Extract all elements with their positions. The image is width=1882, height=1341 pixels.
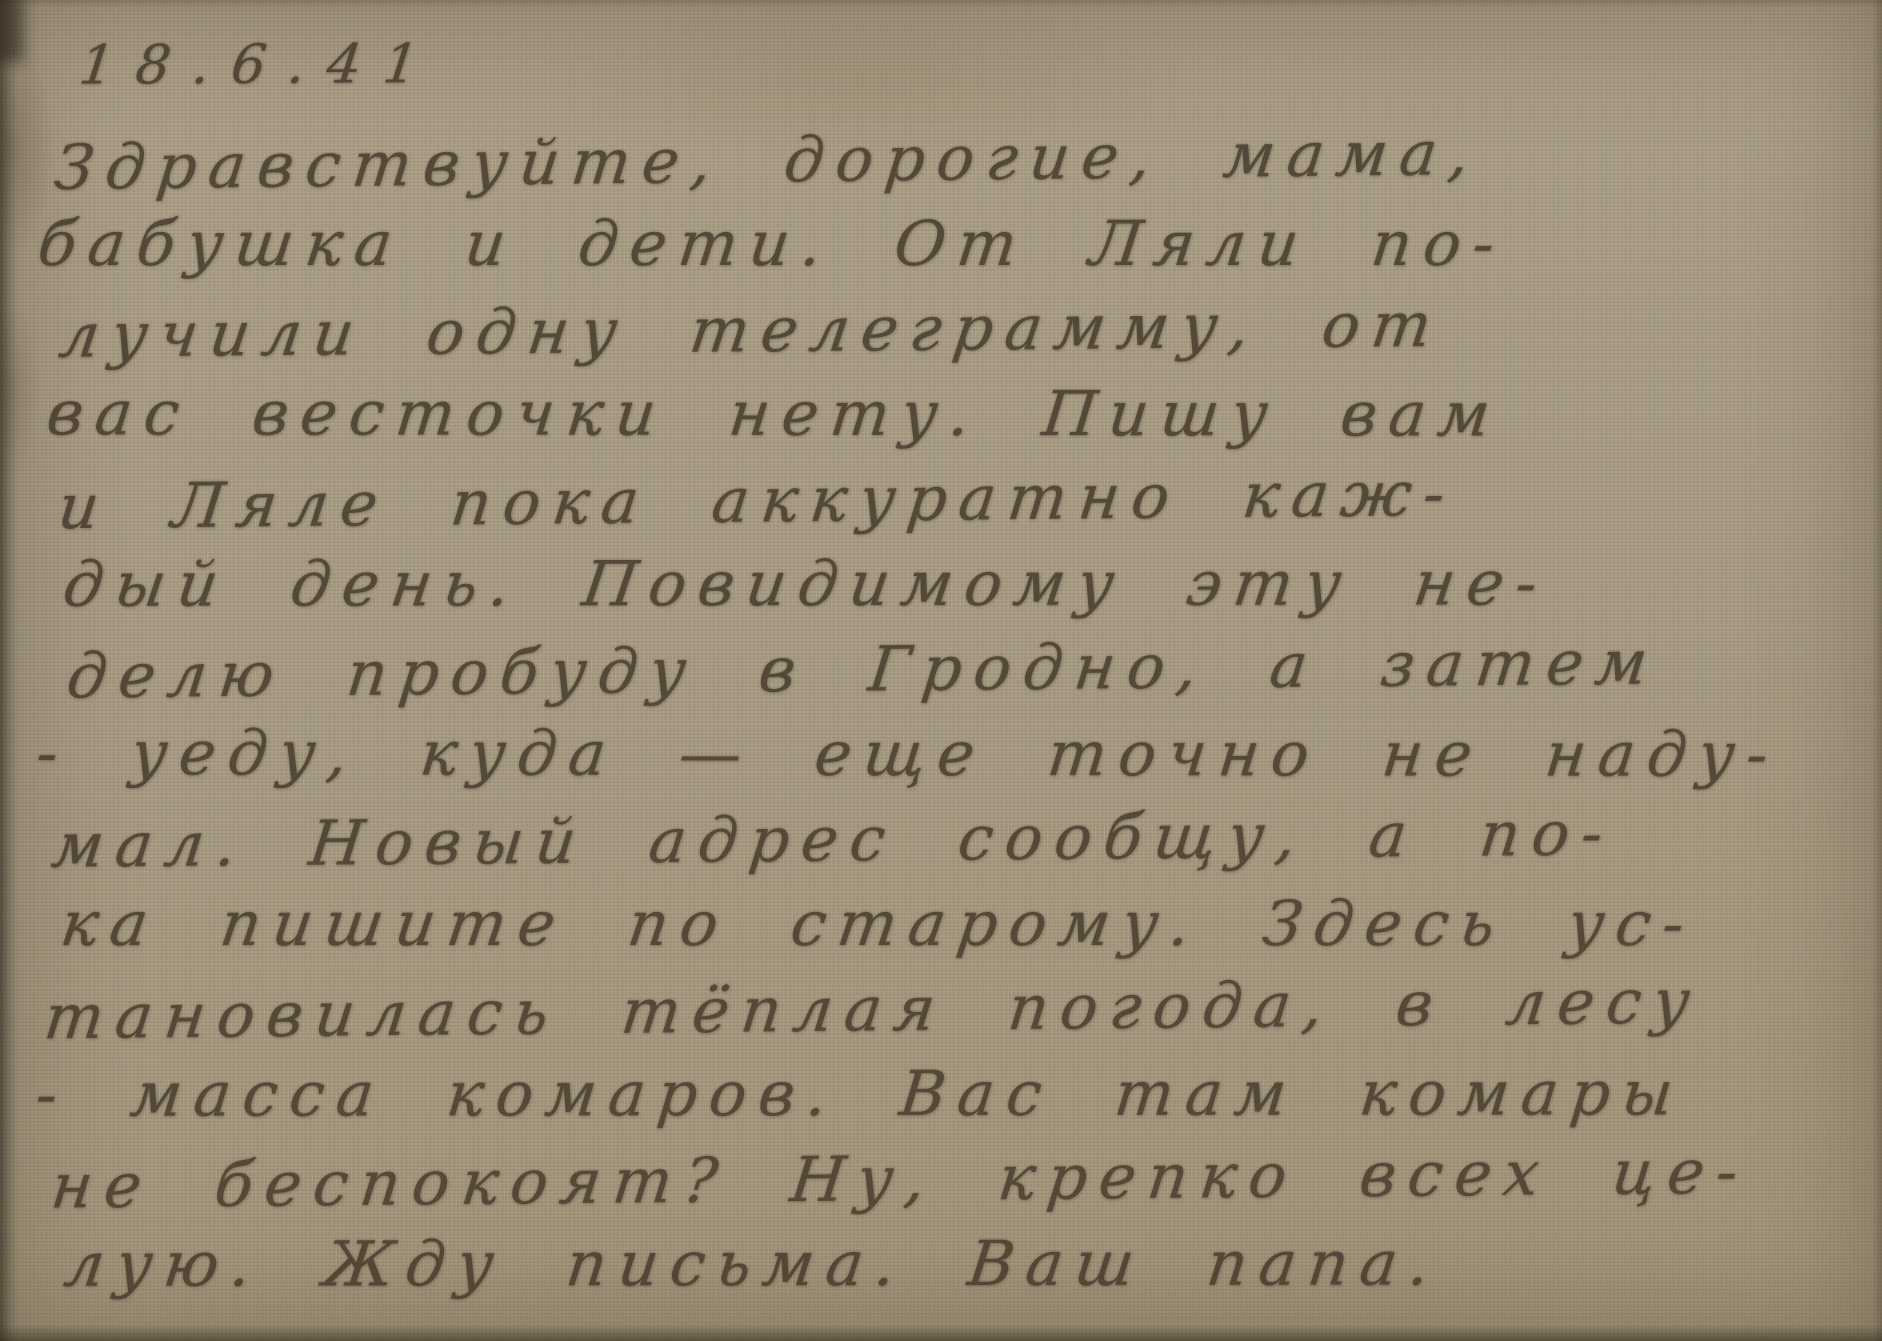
letter-line-13: не беспокоят? Ну, крепко всех це- <box>47 1128 1787 1228</box>
photo-edge-right <box>1872 0 1882 1341</box>
letter-date: 18.6.41 <box>73 10 1783 119</box>
letter-line-1: Здравствуйте, дорогие, мама, <box>50 107 1782 210</box>
letter-line-9: мал. Новый адрес сообщу, а по- <box>48 789 1786 888</box>
photo-corner-dark-spot <box>0 0 24 62</box>
letter-line-2: бабушка и дети. От Ляли по- <box>33 201 1782 286</box>
photo-edge-top <box>0 0 1882 8</box>
letter-text: 18.6.41 Здравствуйте, дорогие, мама, баб… <box>49 10 1782 1310</box>
letter-line-3: лучили одну телеграмму, от <box>55 279 1785 378</box>
letter-line-7: делю пробуду в Гродно, а затем <box>63 618 1785 718</box>
letter-line-4: вас весточки нету. Пишу вам <box>43 370 1783 457</box>
letter-photo: 18.6.41 Здравствуйте, дорогие, мама, баб… <box>0 0 1882 1341</box>
letter-line-11: тановилась тёплая погода, в лесу <box>40 958 1786 1060</box>
letter-line-12: - масса комаров. Вас там комары <box>32 1050 1786 1137</box>
photo-edge-bottom <box>0 1325 1882 1341</box>
letter-line-6: дый день. Повидимому эту не- <box>58 540 1785 627</box>
letter-line-5: и Ляле пока аккуратно каж- <box>54 448 1784 550</box>
letter-line-10: ка пишите по старому. Здесь ус- <box>56 881 1787 966</box>
photo-edge-left <box>0 0 18 1341</box>
letter-line-8: - уеду, куда — еще точно не наду- <box>32 710 1784 797</box>
letter-line-14: лую. Жду письма. Ваш папа. <box>60 1220 1787 1307</box>
